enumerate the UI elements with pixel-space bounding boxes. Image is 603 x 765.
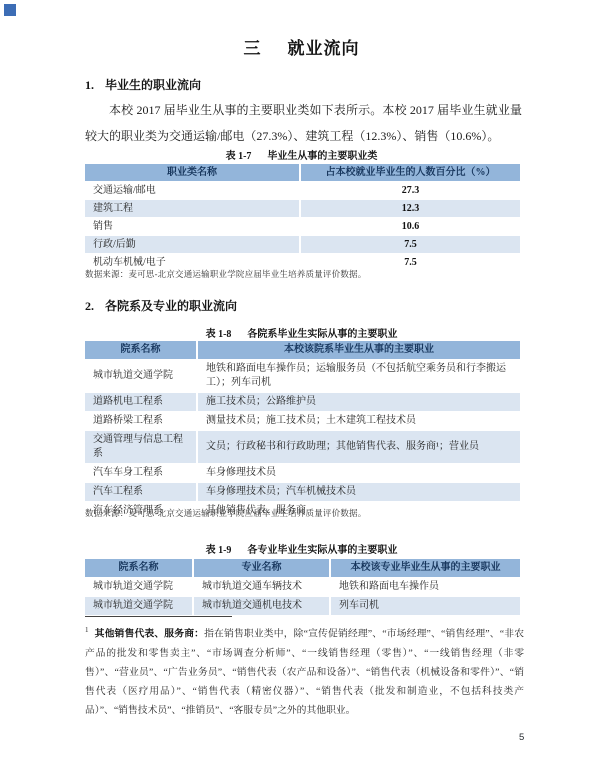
table-row: 城市轨道交通学院 地铁和路面电车操作员；运输服务员（不包括航空乘务员和行李搬运工… (85, 360, 520, 393)
jobs-cell: 施工技术员；公路维护员 (197, 393, 520, 412)
percent-cell: 12.3 (300, 200, 520, 218)
table-row: 交通管理与信息工程系 文员；行政秘书和行政助理；其他销售代表、服务商¹；营业员 (85, 431, 520, 464)
table-row: 道路桥梁工程系 测量技术员；施工技术员；土木建筑工程技术员 (85, 412, 520, 431)
intro-paragraph: 本校 2017 届毕业生从事的主要职业类如下表所示。本校 2017 届毕业生就业… (85, 97, 522, 149)
table-1-9-caption-title: 各专业毕业生实际从事的主要职业 (247, 545, 397, 556)
chapter-title-text: 就业流向 (288, 39, 360, 58)
column-header-category: 职业类名称 (85, 164, 300, 182)
table-row: 城市轨道交通学院 城市轨道交通机电技术 列车司机 (85, 597, 520, 616)
column-header-department: 院系名称 (85, 559, 193, 578)
occupation-category-table: 职业类名称 占本校就业毕业生的人数百分比（%） 交通运输/邮电 27.3 建筑工… (85, 164, 520, 272)
footnote-separator-line (85, 616, 232, 617)
footnote-term: 其他销售代表、服务商： (95, 628, 205, 639)
corner-accent-square (4, 4, 16, 16)
table-row: 行政/后勤 7.5 (85, 236, 520, 254)
category-cell: 行政/后勤 (85, 236, 300, 254)
percent-cell: 7.5 (300, 236, 520, 254)
section-2-number: 2. (85, 299, 94, 313)
category-cell: 交通运输/邮电 (85, 182, 300, 200)
table-1-7-caption: 表 1-7毕业生从事的主要职业类 (0, 147, 603, 162)
percent-cell: 27.3 (300, 182, 520, 200)
table-row: 汽车车身工程系 车身修理技术员 (85, 464, 520, 483)
section-1-number: 1. (85, 78, 94, 92)
department-occupation-table: 院系名称 本校该院系毕业生从事的主要职业 城市轨道交通学院 地铁和路面电车操作员… (85, 341, 520, 521)
section-1-title: 毕业生的职业流向 (105, 78, 201, 92)
table-row: 道路机电工程系 施工技术员；公路维护员 (85, 393, 520, 412)
document-page: { "page": { "page_number": "5", "accent_… (0, 0, 603, 765)
category-cell: 建筑工程 (85, 200, 300, 218)
column-header-jobs: 本校该专业毕业生从事的主要职业 (330, 559, 520, 578)
jobs-cell: 文员；行政秘书和行政助理；其他销售代表、服务商¹；营业员 (197, 431, 520, 464)
department-cell: 交通管理与信息工程系 (85, 431, 197, 464)
jobs-cell: 列车司机 (330, 597, 520, 616)
jobs-cell: 测量技术员；施工技术员；土木建筑工程技术员 (197, 412, 520, 431)
table-1-9-caption: 表 1-9各专业毕业生实际从事的主要职业 (0, 541, 603, 556)
section-1-heading: 1.毕业生的职业流向 (85, 76, 201, 93)
section-2-title: 各院系及专业的职业流向 (105, 299, 237, 313)
table-row: 建筑工程 12.3 (85, 200, 520, 218)
jobs-cell: 地铁和路面电车操作员 (330, 578, 520, 597)
department-cell: 城市轨道交通学院 (85, 597, 193, 616)
jobs-cell: 车身修理技术员；汽车机械技术员 (197, 483, 520, 502)
table-header-row: 院系名称 本校该院系毕业生从事的主要职业 (85, 341, 520, 360)
data-source-note: 数据来源：麦可思-北京交通运输职业学院应届毕业生培养质量评价数据。 (85, 268, 366, 280)
footnote-definition: 指在销售职业类中，除“宣传促销经理”、“市场经理”、“销售经理”、“非农产品的批… (85, 628, 524, 716)
table-1-8-caption: 表 1-8各院系毕业生实际从事的主要职业 (0, 325, 603, 340)
table-row: 销售 10.6 (85, 218, 520, 236)
jobs-cell: 地铁和路面电车操作员；运输服务员（不包括航空乘务员和行李搬运工）；列车司机 (197, 360, 520, 393)
table-row: 汽车工程系 车身修理技术员；汽车机械技术员 (85, 483, 520, 502)
table-header-row: 院系名称 专业名称 本校该专业毕业生从事的主要职业 (85, 559, 520, 578)
data-source-note: 数据来源：麦可思-北京交通运输职业学院应届毕业生培养质量评价数据。 (85, 507, 366, 519)
footnote-marker: 1 (85, 626, 89, 634)
major-cell: 城市轨道交通机电技术 (193, 597, 330, 616)
footnote-text: 1其他销售代表、服务商：指在销售职业类中，除“宣传促销经理”、“市场经理”、“销… (85, 621, 524, 721)
department-cell: 汽车工程系 (85, 483, 197, 502)
category-cell: 销售 (85, 218, 300, 236)
column-header-jobs: 本校该院系毕业生从事的主要职业 (197, 341, 520, 360)
column-header-percent: 占本校就业毕业生的人数百分比（%） (300, 164, 520, 182)
table-1-8-caption-label: 表 1-8 (206, 329, 232, 340)
department-cell: 城市轨道交通学院 (85, 578, 193, 597)
section-2-heading: 2.各院系及专业的职业流向 (85, 297, 237, 314)
department-cell: 道路机电工程系 (85, 393, 197, 412)
department-cell: 汽车车身工程系 (85, 464, 197, 483)
page-number: 5 (519, 732, 524, 743)
chapter-number: 三 (244, 39, 262, 58)
table-1-9-caption-label: 表 1-9 (206, 545, 232, 556)
column-header-department: 院系名称 (85, 341, 197, 360)
table-1-7-caption-title: 毕业生从事的主要职业类 (267, 151, 377, 162)
department-cell: 道路桥梁工程系 (85, 412, 197, 431)
document-title: 三就业流向 (0, 34, 603, 59)
table-header-row: 职业类名称 占本校就业毕业生的人数百分比（%） (85, 164, 520, 182)
table-1-8-caption-title: 各院系毕业生实际从事的主要职业 (247, 329, 397, 340)
jobs-cell: 车身修理技术员 (197, 464, 520, 483)
percent-cell: 10.6 (300, 218, 520, 236)
major-cell: 城市轨道交通车辆技术 (193, 578, 330, 597)
table-row: 城市轨道交通学院 城市轨道交通车辆技术 地铁和路面电车操作员 (85, 578, 520, 597)
major-occupation-table: 院系名称 专业名称 本校该专业毕业生从事的主要职业 城市轨道交通学院 城市轨道交… (85, 559, 520, 616)
table-1-7-caption-label: 表 1-7 (226, 151, 252, 162)
department-cell: 城市轨道交通学院 (85, 360, 197, 393)
table-row: 交通运输/邮电 27.3 (85, 182, 520, 200)
column-header-major: 专业名称 (193, 559, 330, 578)
